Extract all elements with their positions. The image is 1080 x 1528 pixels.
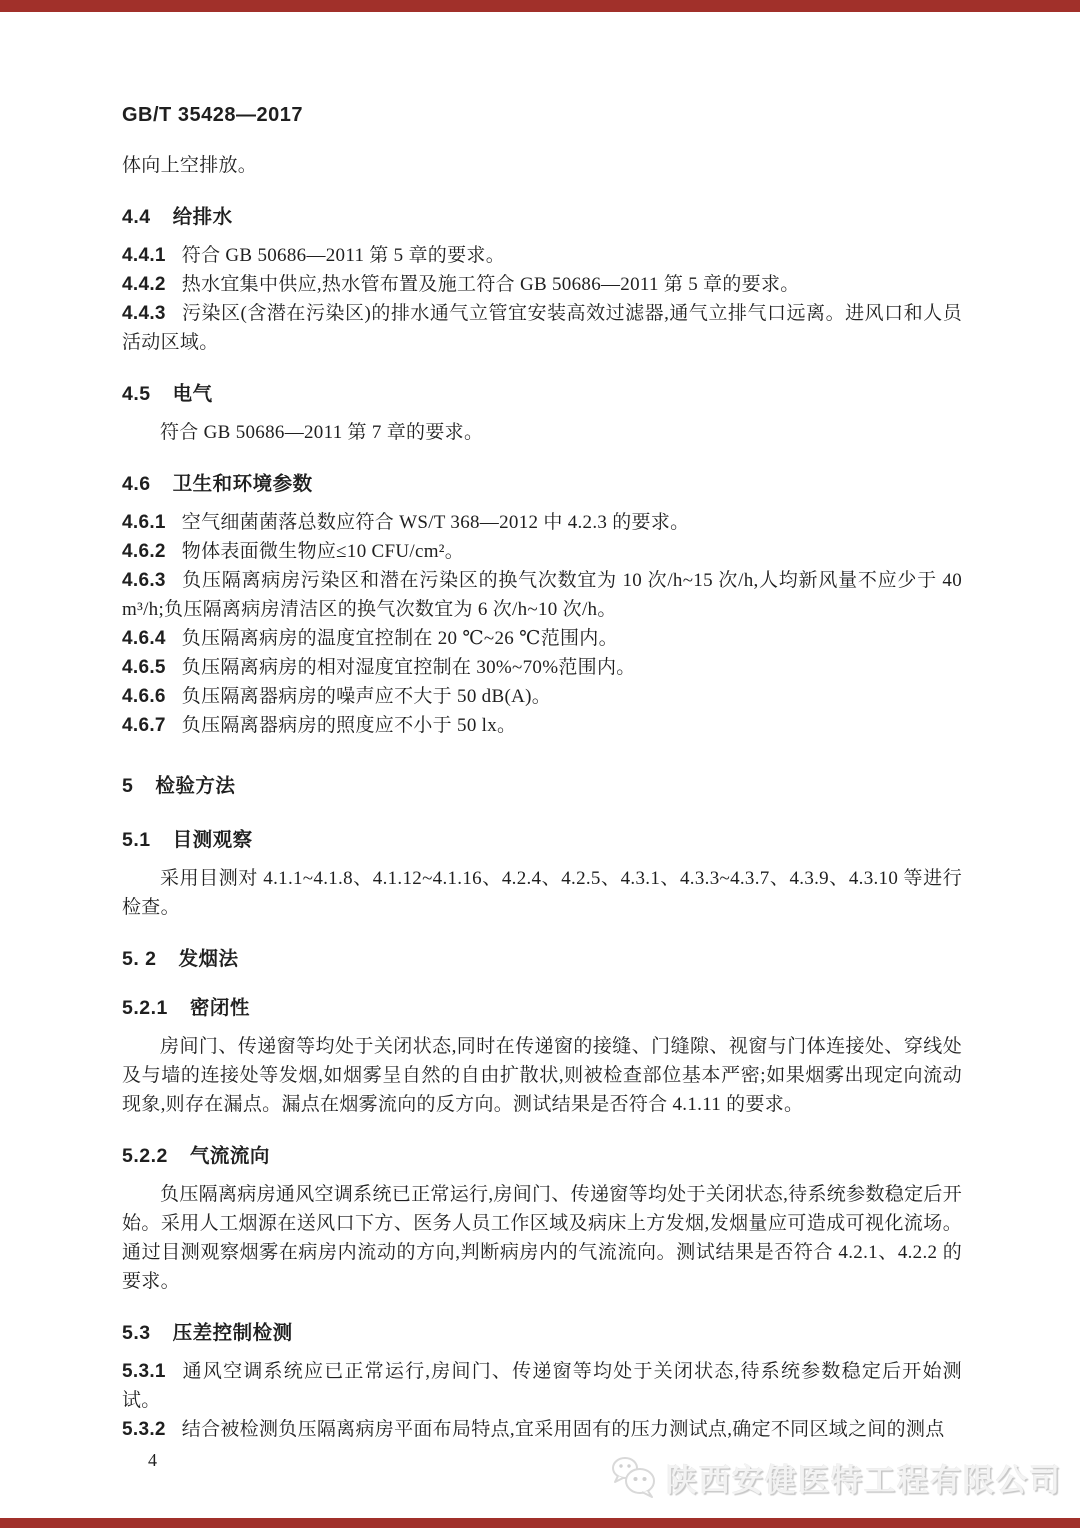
heading-number: 4.4 [122,206,151,228]
heading-number: 5.2.2 [122,1145,168,1167]
heading-title: 卫生和环境参数 [173,473,313,495]
clause-text: 热水宜集中供应,热水管布置及施工符合 GB 50686—2011 第 5 章的要… [182,274,800,295]
clause-4-4-1: 4.4.1符合 GB 50686—2011 第 5 章的要求。 [122,241,962,270]
heading-title: 目测观察 [173,829,253,851]
clause-text: 空气细菌菌落总数应符合 WS/T 368—2012 中 4.2.3 的要求。 [182,512,690,533]
clause-text: 通风空调系统应已正常运行,房间门、传递窗等均处于关闭状态,待系统参数稳定后开始测… [122,1361,962,1411]
heading-number: 4.6 [122,473,151,495]
clause-4-6-1: 4.6.1空气细菌菌落总数应符合 WS/T 368—2012 中 4.2.3 的… [122,508,962,537]
heading-4-5: 4.5电气 [122,378,962,406]
heading-number: 5. 2 [122,948,157,970]
clause-number: 5.3.2 [122,1419,166,1440]
clause-number: 5.3.1 [122,1361,166,1382]
clause-text: 负压隔离器病房的照度应不小于 50 lx。 [182,715,517,736]
standard-number: GB/T 35428—2017 [122,104,962,127]
wechat-logo-icon [608,1454,660,1500]
document-page: GB/T 35428—2017 体向上空排放。 4.4给排水 4.4.1符合 G… [0,0,1080,1528]
clause-4-6-3: 4.6.3负压隔离病房污染区和潜在污染区的换气次数宜为 10 次/h~15 次/… [122,566,962,624]
clause-4-4-2: 4.4.2热水宜集中供应,热水管布置及施工符合 GB 50686—2011 第 … [122,270,962,299]
heading-5-2: 5. 2发烟法 [122,943,962,971]
heading-5: 5检验方法 [122,770,962,798]
heading-5-1: 5.1目测观察 [122,824,962,852]
heading-title: 给排水 [173,206,233,228]
heading-number: 4.5 [122,383,151,405]
heading-5-2-1: 5.2.1密闭性 [122,992,962,1020]
company-watermark-text: 陕西安健医特工程有限公司 [666,1455,1062,1500]
clause-number: 4.6.6 [122,686,166,707]
clause-4-6-2: 4.6.2物体表面微生物应≤10 CFU/cm²。 [122,537,962,566]
clause-number: 4.6.3 [122,570,166,591]
heading-5-2-2: 5.2.2气流流向 [122,1140,962,1168]
heading-title: 发烟法 [179,948,239,970]
heading-number: 5.2.1 [122,997,168,1019]
bottom-red-divider [0,1518,1080,1528]
clause-text: 符合 GB 50686—2011 第 5 章的要求。 [182,245,505,266]
heading-number: 5 [122,775,133,797]
clause-4-6-6: 4.6.6负压隔离器病房的噪声应不大于 50 dB(A)。 [122,682,962,711]
paragraph-4-5: 符合 GB 50686—2011 第 7 章的要求。 [122,418,962,447]
clause-4-6-4: 4.6.4负压隔离病房的温度宜控制在 20 ℃~26 ℃范围内。 [122,624,962,653]
clause-text: 污染区(含潜在污染区)的排水通气立管宜安装高效过滤器,通气立排气口远离。进风口和… [122,303,962,353]
clause-text: 负压隔离病房的相对湿度宜控制在 30%~70%范围内。 [182,657,636,678]
heading-5-3: 5.3压差控制检测 [122,1317,962,1345]
clause-4-6-7: 4.6.7负压隔离器病房的照度应不小于 50 lx。 [122,711,962,740]
paragraph-5-2-1: 房间门、传递窗等均处于关闭状态,同时在传递窗的接缝、门缝隙、视窗与门体连接处、穿… [122,1032,962,1119]
clause-4-4-3: 4.4.3污染区(含潜在污染区)的排水通气立管宜安装高效过滤器,通气立排气口远离… [122,299,962,357]
clause-text: 负压隔离病房污染区和潜在污染区的换气次数宜为 10 次/h~15 次/h,人均新… [122,570,962,620]
clause-number: 4.6.5 [122,657,166,678]
heading-title: 密闭性 [190,997,250,1019]
company-watermark: 陕西安健医特工程有限公司 [608,1454,1062,1500]
clause-number: 4.6.1 [122,512,166,533]
paragraph-5-1: 采用目测对 4.1.1~4.1.8、4.1.12~4.1.16、4.2.4、4.… [122,864,962,922]
heading-number: 5.3 [122,1322,151,1344]
heading-title: 电气 [173,383,213,405]
clause-text: 结合被检测负压隔离病房平面布局特点,宜采用固有的压力测试点,确定不同区域之间的测… [182,1419,945,1440]
heading-4-4: 4.4给排水 [122,201,962,229]
clause-5-3-1: 5.3.1通风空调系统应已正常运行,房间门、传递窗等均处于关闭状态,待系统参数稳… [122,1357,962,1415]
paragraph-5-2-2: 负压隔离病房通风空调系统已正常运行,房间门、传递窗等均处于关闭状态,待系统参数稳… [122,1180,962,1296]
clause-number: 4.6.2 [122,541,166,562]
heading-title: 检验方法 [155,775,235,797]
heading-title: 气流流向 [190,1145,270,1167]
clause-text: 负压隔离病房的温度宜控制在 20 ℃~26 ℃范围内。 [182,628,618,649]
paragraph-continuation: 体向上空排放。 [122,151,962,180]
heading-number: 5.1 [122,829,151,851]
clause-text: 负压隔离器病房的噪声应不大于 50 dB(A)。 [182,686,551,707]
clause-text: 物体表面微生物应≤10 CFU/cm²。 [182,541,464,562]
clause-4-6-5: 4.6.5负压隔离病房的相对湿度宜控制在 30%~70%范围内。 [122,653,962,682]
heading-title: 压差控制检测 [173,1322,293,1344]
clause-number: 4.6.7 [122,715,166,736]
clause-number: 4.4.3 [122,303,166,324]
clause-5-3-2: 5.3.2结合被检测负压隔离病房平面布局特点,宜采用固有的压力测试点,确定不同区… [122,1415,962,1444]
clause-number: 4.6.4 [122,628,166,649]
clause-number: 4.4.2 [122,274,166,295]
clause-number: 4.4.1 [122,245,166,266]
heading-4-6: 4.6卫生和环境参数 [122,468,962,496]
